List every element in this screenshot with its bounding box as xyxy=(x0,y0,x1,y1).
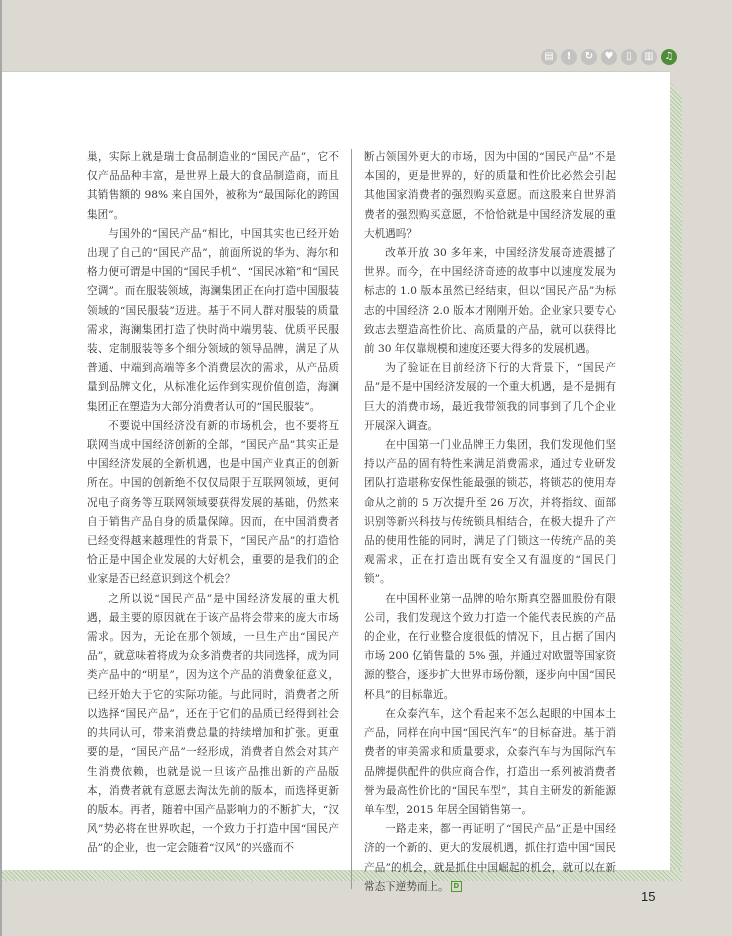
paragraph: 与国外的“国民产品”相比，中国其实也已经开始出现了自己的“国民产品”，前面所说的… xyxy=(87,225,339,417)
chart-icon[interactable]: ▥ xyxy=(641,49,657,65)
paragraph: 在中国杯业第一品牌的哈尔斯真空器皿股份有限公司，我们发现这个致力打造一个能代表民… xyxy=(364,590,616,705)
paragraph: 为了验证在目前经济下行的大背景下，“国民产品”是不是中国经济发展的一个重大机遇，… xyxy=(364,359,616,436)
document-page: 巢，实际上就是瑞士食品制造业的“国民产品”，它不仅产品品种丰富，是世界上最大的食… xyxy=(2,71,670,870)
document-icon[interactable]: ▯ xyxy=(621,49,637,65)
paragraph: 不要说中国经济没有新的市场机会，也不要将互联网当成中国经济创新的全部，“国民产品… xyxy=(87,417,339,590)
end-of-article-icon: D xyxy=(451,881,462,892)
favorite-add-icon[interactable]: ♥ xyxy=(601,49,617,65)
right-column: 断占领国外更大的市场，因为中国的“国民产品”不是本国的，更是世界的，好的质量和性… xyxy=(364,148,616,897)
paragraph: 巢，实际上就是瑞士食品制造业的“国民产品”，它不仅产品品种丰富，是世界上最大的食… xyxy=(87,148,339,225)
paragraph: 在众泰汽车，这个看起来不怎么起眼的中国本土产品，同样在向中国“国民汽车”的目标奋… xyxy=(364,705,616,820)
page-shadow-right xyxy=(670,82,682,881)
paragraph: 改革开放 30 多年来，中国经济发展奇迹震撼了世界。而今，在中国经济奇迹的故事中… xyxy=(364,244,616,359)
page-number: 15 xyxy=(641,889,655,904)
left-column: 巢，实际上就是瑞士食品制造业的“国民产品”，它不仅产品品种丰富，是世界上最大的食… xyxy=(87,148,339,859)
microphone-icon[interactable]: ♫ xyxy=(661,49,677,65)
paragraph-final: 一路走来，都一再证明了“国民产品”正是中国经济的一个新的、更大的发展机遇，抓住打… xyxy=(364,820,616,897)
paragraph: 在中国第一门业品牌王力集团，我们发现他们坚持以产品的固有特性来满足消费需求，通过… xyxy=(364,436,616,590)
paragraph-text: 一路走来，都一再证明了“国民产品”正是中国经济的一个新的、更大的发展机遇，抓住打… xyxy=(364,823,616,893)
alert-icon[interactable]: ! xyxy=(561,49,577,65)
comment-icon[interactable]: ▤ xyxy=(541,49,557,65)
paragraph: 之所以说“国民产品”是中国经济发展的重大机遇，最主要的原因就在于该产品将会带来的… xyxy=(87,590,339,859)
paragraph: 断占领国外更大的市场，因为中国的“国民产品”不是本国的，更是世界的，好的质量和性… xyxy=(364,148,616,244)
reader-toolbar: ▤ ! ↻ ♥ ▯ ▥ ♫ xyxy=(541,49,677,65)
refresh-icon[interactable]: ↻ xyxy=(581,49,597,65)
column-divider xyxy=(351,149,352,889)
